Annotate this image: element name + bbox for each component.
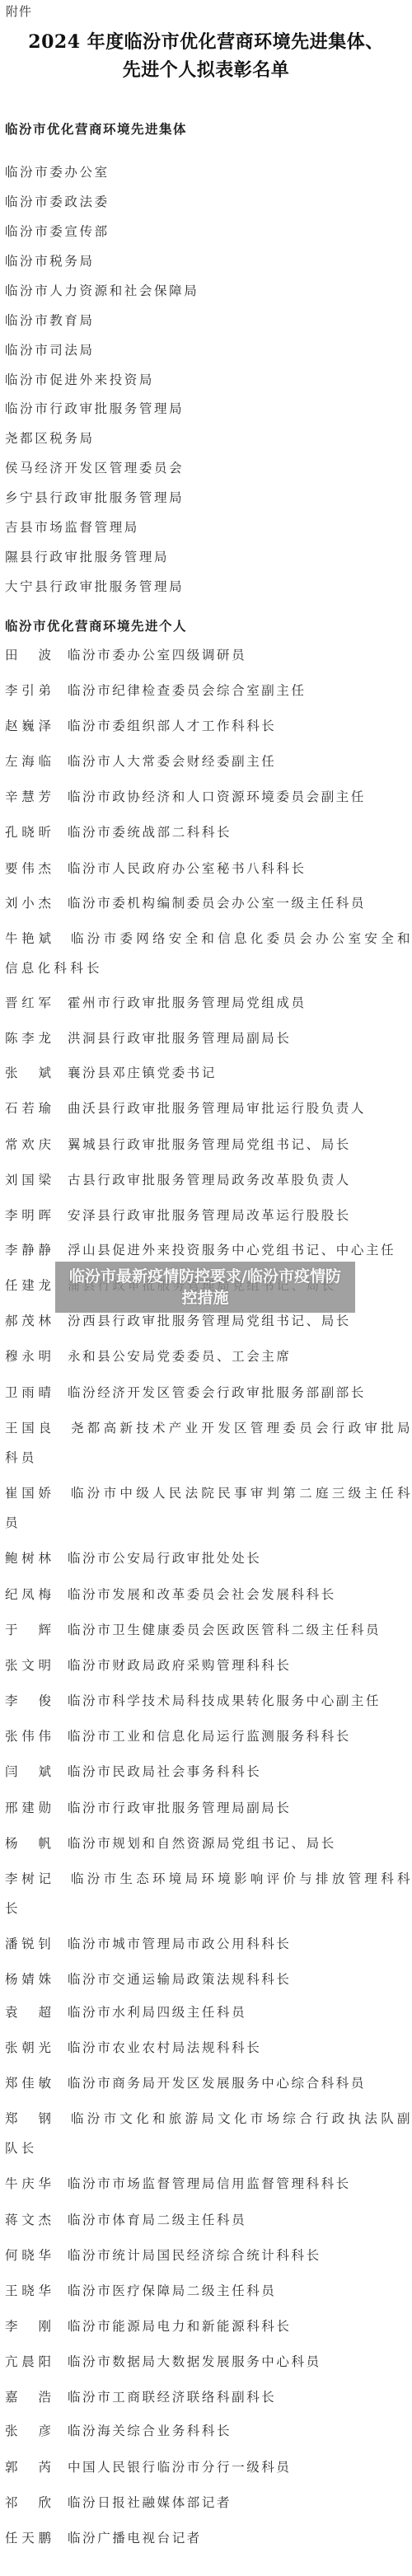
list-item: 王国良尧都高新技术产业开发区管理委员会行政审批局	[5, 1418, 412, 1436]
person-position: 临汾经济开发区管委会行政审批服务部副部长	[68, 1383, 366, 1401]
person-name: 晋红军	[5, 993, 51, 1011]
person-position: 洪洞县行政审批服务管理局副局长	[68, 1028, 292, 1047]
person-name: 任建龙	[5, 1276, 51, 1294]
list-item: 李明晖安泽县行政审批服务管理局改革运行股股长	[5, 1206, 412, 1224]
person-name: 崔国娇	[5, 1483, 51, 1501]
person-name: 邢建勋	[5, 1798, 51, 1816]
person-position: 临汾市规划和自然资源局党组书记、局长	[68, 1834, 336, 1852]
list-item: 张伟伟临汾市工业和信息化局运行监测服务科科长	[5, 1726, 412, 1745]
person-position: 临汾市委机构编制委员会办公室一级主任科员	[68, 893, 366, 911]
person-position: 临汾市体育局二级主任科员	[68, 2210, 246, 2228]
person-name: 刘小杰	[5, 893, 51, 911]
person-name: 王晓华	[5, 2281, 51, 2299]
list-item: 李引弟临汾市纪律检查委员会综合室副主任	[5, 681, 412, 699]
attachment-label: 附件	[6, 2, 32, 20]
person-name: 郭芮	[5, 2457, 51, 2475]
list-item: 孔晓昕临汾市委统战部二科科长	[5, 822, 412, 841]
person-name: 孔晓昕	[5, 822, 51, 841]
list-item: 临汾市司法局	[5, 340, 95, 358]
page-title-line-1: 2024 年度临汾市优化营商环境先进集体、	[0, 28, 412, 54]
list-item: 侯马经济开发区管理委员会	[5, 458, 184, 476]
person-name: 李刚	[5, 2316, 51, 2335]
section-heading-individuals: 临汾市优化营商环境先进个人	[5, 616, 187, 635]
list-item: 临汾市委政法委	[5, 192, 110, 210]
page-title-line-2: 先进个人拟表彰名单	[0, 56, 412, 82]
person-name: 亢晨阳	[5, 2352, 51, 2370]
person-position: 翼城县行政审批服务管理局党组书记、局长	[68, 1135, 351, 1153]
list-item: 卫雨晴临汾经济开发区管委会行政审批服务部副部长	[5, 1383, 412, 1401]
list-item: 赵巍泽临汾市委组织部人才工作科科长	[5, 716, 412, 734]
person-position: 临汾市城市管理局市政公用科科长	[68, 1934, 292, 1952]
list-item: 祁欣临汾日报社融媒体部记者	[5, 2493, 412, 2511]
list-item: 隰县行政审批服务管理局	[5, 547, 169, 565]
person-name: 陈李龙	[5, 1028, 51, 1047]
list-item: 穆永明永和县公安局党委委员、工会主席	[5, 1347, 412, 1365]
person-position: 临汾市发展和改革委员会社会发展科科长	[68, 1585, 336, 1603]
person-position: 临汾市工商联经济联络科副科长	[68, 2387, 276, 2405]
person-position: 临汾市工业和信息化局运行监测服务科科长	[68, 1726, 351, 1745]
person-name: 李明晖	[5, 1206, 51, 1224]
person-position-continuation: 队长	[5, 2138, 38, 2157]
list-item: 临汾市教育局	[5, 311, 95, 329]
person-position: 临汾市公安局行政审批处处长	[68, 1548, 261, 1567]
list-item: 乡宁县行政审批服务管理局	[5, 488, 184, 506]
person-name: 左海临	[5, 752, 51, 770]
person-position: 临汾市财政局政府采购管理科科长	[68, 1656, 292, 1674]
person-position: 浮山县促进外来投资服务中心党组书记、中心主任	[68, 1240, 396, 1258]
list-item: 李静静浮山县促进外来投资服务中心党组书记、中心主任	[5, 1240, 412, 1258]
list-item: 嘉浩临汾市工商联经济联络科副科长	[5, 2387, 412, 2405]
person-position: 临汾市交通运输局政策法规科科长	[68, 1969, 292, 1988]
list-item: 郑钢临汾市文化和旅游局文化市场综合行政执法队副	[5, 2109, 412, 2127]
person-position: 临汾市委网络安全和信息化委员会办公室安全和	[71, 929, 412, 947]
list-item: 张斌襄汾县邓庄镇党委书记	[5, 1063, 412, 1081]
person-name: 辛慧芳	[5, 787, 51, 805]
person-position: 古县行政审批服务管理局政务改革股负责人	[68, 1170, 351, 1188]
list-item: 郑佳敏临汾市商务局开发区发展服务中心综合科科员	[5, 2073, 412, 2091]
person-name: 田波	[5, 645, 51, 663]
person-position: 临汾市人民政府办公室秘书八科科长	[68, 859, 307, 877]
person-position: 临汾市人大常委会财经委副主任	[68, 752, 276, 770]
list-item: 辛慧芳临汾市政协经济和人口资源环境委员会副主任	[5, 787, 412, 805]
list-item: 张彦临汾海关综合业务科科长	[5, 2421, 412, 2439]
person-position: 临汾市医疗保障局二级主任科员	[68, 2281, 276, 2299]
overlay-banner-text: 临汾市最新疫情防控要求/临汾市疫情防控措施	[69, 1266, 341, 1309]
person-position: 霍州市行政审批服务管理局党组成员	[68, 993, 307, 1011]
list-item: 闫斌临汾市民政局社会事务科科长	[5, 1762, 412, 1780]
list-item: 石若瑜曲沃县行政审批服务管理局审批运行股负责人	[5, 1098, 412, 1117]
list-item: 何晓华临汾市统计局国民经济综合统计科科长	[5, 2246, 412, 2264]
person-position-continuation: 长	[5, 1899, 21, 1917]
person-position: 临汾市统计局国民经济综合统计科科长	[68, 2246, 321, 2264]
list-item: 牛庆华临汾市市场监督管理局信用监督管理科科长	[5, 2174, 412, 2192]
list-item: 杨婧姝临汾市交通运输局政策法规科科长	[5, 1969, 412, 1988]
person-position: 临汾市生态环境局环境影响评价与排放管理科科	[71, 1869, 412, 1887]
person-position: 临汾市市场监督管理局信用监督管理科科长	[68, 2174, 351, 2192]
person-name: 任天鹏	[5, 2528, 51, 2546]
person-position-continuation: 信息化科科长	[5, 958, 103, 977]
list-item: 临汾市人力资源和社会保障局	[5, 281, 199, 299]
person-position-continuation: 科员	[5, 1448, 38, 1466]
list-item: 蒋文杰临汾市体育局二级主任科员	[5, 2210, 412, 2228]
list-item: 田波临汾市委办公室四级调研员	[5, 645, 412, 663]
list-item: 吉县市场监督管理局	[5, 518, 139, 536]
person-position: 临汾市行政审批服务管理局副局长	[68, 1798, 292, 1816]
person-name: 石若瑜	[5, 1098, 51, 1117]
list-item: 常欢庆翼城县行政审批服务管理局党组书记、局长	[5, 1135, 412, 1153]
person-name: 郑钢	[5, 2109, 51, 2127]
list-item: 李树记临汾市生态环境局环境影响评价与排放管理科科	[5, 1869, 412, 1887]
list-item: 张文明临汾市财政局政府采购管理科科长	[5, 1656, 412, 1674]
person-position: 临汾市纪律检查委员会综合室副主任	[68, 681, 307, 699]
list-item: 郭芮中国人民银行临汾市分行一级科员	[5, 2457, 412, 2475]
person-name: 潘锐钊	[5, 1934, 51, 1952]
person-name: 蒋文杰	[5, 2210, 51, 2228]
person-name: 李树记	[5, 1869, 51, 1887]
person-name: 刘国梁	[5, 1170, 51, 1188]
person-name: 牛庆华	[5, 2174, 51, 2192]
person-position: 临汾市商务局开发区发展服务中心综合科科员	[68, 2073, 366, 2091]
person-position: 临汾市委组织部人才工作科科长	[68, 716, 276, 734]
person-position-continuation: 员	[5, 1513, 21, 1531]
list-item: 左海临临汾市人大常委会财经委副主任	[5, 752, 412, 770]
person-position: 汾西县行政审批服务管理局党组书记、局长	[68, 1311, 351, 1329]
person-name: 要伟杰	[5, 859, 51, 877]
person-position: 临汾市文化和旅游局文化市场综合行政执法队副	[71, 2109, 412, 2127]
person-name: 鲍树林	[5, 1548, 51, 1567]
list-item: 亢晨阳临汾市数据局大数据发展服务中心科员	[5, 2352, 412, 2370]
person-position: 临汾市水利局四级主任科员	[68, 2002, 246, 2021]
person-position: 临汾市委办公室四级调研员	[68, 645, 246, 663]
person-name: 卫雨晴	[5, 1383, 51, 1401]
person-position: 临汾市民政局社会事务科科长	[68, 1762, 261, 1780]
person-name: 李俊	[5, 1691, 51, 1709]
list-item: 李刚临汾市能源局电力和新能源科科长	[5, 2316, 412, 2335]
list-item: 李俊临汾市科学技术局科技成果转化服务中心副主任	[5, 1691, 412, 1709]
person-position: 临汾海关综合业务科科长	[68, 2421, 232, 2439]
person-position: 安泽县行政审批服务管理局改革运行股股长	[68, 1206, 351, 1224]
list-item: 杨帆临汾市规划和自然资源局党组书记、局长	[5, 1834, 412, 1852]
person-name: 何晓华	[5, 2246, 51, 2264]
list-item: 潘锐钊临汾市城市管理局市政公用科科长	[5, 1934, 412, 1952]
person-name: 李引弟	[5, 681, 51, 699]
list-item: 刘小杰临汾市委机构编制委员会办公室一级主任科员	[5, 893, 412, 911]
person-position: 中国人民银行临汾市分行一级科员	[68, 2457, 292, 2475]
list-item: 晋红军霍州市行政审批服务管理局党组成员	[5, 993, 412, 1011]
section-heading-collectives: 临汾市优化营商环境先进集体	[5, 119, 187, 138]
person-name: 张朝光	[5, 2038, 51, 2056]
list-item: 临汾市委办公室	[5, 162, 110, 180]
list-item: 临汾市促进外来投资局	[5, 370, 154, 388]
person-name: 杨帆	[5, 1834, 51, 1852]
list-item: 牛艳斌临汾市委网络安全和信息化委员会办公室安全和	[5, 929, 412, 947]
person-position: 临汾市农业农村局法规科科长	[68, 2038, 261, 2056]
person-position: 尧都高新技术产业开发区管理委员会行政审批局	[71, 1418, 412, 1436]
list-item: 纪凤梅临汾市发展和改革委员会社会发展科科长	[5, 1585, 412, 1603]
person-position: 临汾市数据局大数据发展服务中心科员	[68, 2352, 321, 2370]
person-name: 张文明	[5, 1656, 51, 1674]
list-item: 陈李龙洪洞县行政审批服务管理局副局长	[5, 1028, 412, 1047]
document-page: 附件 2024 年度临汾市优化营商环境先进集体、 先进个人拟表彰名单 临汾市优化…	[0, 0, 412, 2576]
person-name: 李静静	[5, 1240, 51, 1258]
person-position: 曲沃县行政审批服务管理局审批运行股负责人	[68, 1098, 366, 1117]
list-item: 张朝光临汾市农业农村局法规科科长	[5, 2038, 412, 2056]
list-item: 王晓华临汾市医疗保障局二级主任科员	[5, 2281, 412, 2299]
person-name: 张伟伟	[5, 1726, 51, 1745]
person-position: 临汾日报社融媒体部记者	[68, 2493, 232, 2511]
person-name: 杨婧姝	[5, 1969, 51, 1988]
list-item: 刘国梁古县行政审批服务管理局政务改革股负责人	[5, 1170, 412, 1188]
person-position: 临汾市委统战部二科科长	[68, 822, 232, 841]
list-item: 袁超临汾市水利局四级主任科员	[5, 2002, 412, 2021]
list-item: 临汾市税务局	[5, 251, 95, 269]
person-position: 临汾市政协经济和人口资源环境委员会副主任	[68, 787, 366, 805]
list-item: 临汾市委宣传部	[5, 222, 110, 240]
person-name: 闫斌	[5, 1762, 51, 1780]
person-name: 张斌	[5, 1063, 51, 1081]
person-name: 嘉浩	[5, 2387, 51, 2405]
person-position: 临汾市卫生健康委员会医政医管科二级主任科员	[68, 1620, 381, 1638]
list-item: 要伟杰临汾市人民政府办公室秘书八科科长	[5, 859, 412, 877]
list-item: 任天鹏临汾广播电视台记者	[5, 2528, 412, 2546]
person-position: 临汾市中级人民法院民事审判第二庭三级主任科	[71, 1483, 412, 1501]
person-name: 郑佳敏	[5, 2073, 51, 2091]
person-position: 襄汾县邓庄镇党委书记	[68, 1063, 217, 1081]
person-position: 临汾市科学技术局科技成果转化服务中心副主任	[68, 1691, 381, 1709]
list-item: 尧都区税务局	[5, 429, 95, 447]
person-name: 牛艳斌	[5, 929, 51, 947]
person-position: 临汾广播电视台记者	[68, 2528, 202, 2546]
person-name: 常欢庆	[5, 1135, 51, 1153]
list-item: 大宁县行政审批服务管理局	[5, 577, 184, 595]
person-name: 张彦	[5, 2421, 51, 2439]
person-name: 纪凤梅	[5, 1585, 51, 1603]
person-name: 于辉	[5, 1620, 51, 1638]
person-name: 祁欣	[5, 2493, 51, 2511]
list-item: 郝茂林汾西县行政审批服务管理局党组书记、局长	[5, 1311, 412, 1329]
person-position: 临汾市能源局电力和新能源科科长	[68, 2316, 292, 2335]
list-item: 崔国娇临汾市中级人民法院民事审判第二庭三级主任科	[5, 1483, 412, 1501]
person-name: 赵巍泽	[5, 716, 51, 734]
list-item: 鲍树林临汾市公安局行政审批处处长	[5, 1548, 412, 1567]
person-name: 穆永明	[5, 1347, 51, 1365]
overlay-banner[interactable]: 临汾市最新疫情防控要求/临汾市疫情防控措施	[55, 1262, 355, 1313]
person-name: 郝茂林	[5, 1311, 51, 1329]
person-name: 袁超	[5, 2002, 51, 2021]
list-item: 临汾市行政审批服务管理局	[5, 399, 184, 417]
list-item: 于辉临汾市卫生健康委员会医政医管科二级主任科员	[5, 1620, 412, 1638]
list-item: 邢建勋临汾市行政审批服务管理局副局长	[5, 1798, 412, 1816]
person-position: 永和县公安局党委委员、工会主席	[68, 1347, 292, 1365]
person-name: 王国良	[5, 1418, 51, 1436]
